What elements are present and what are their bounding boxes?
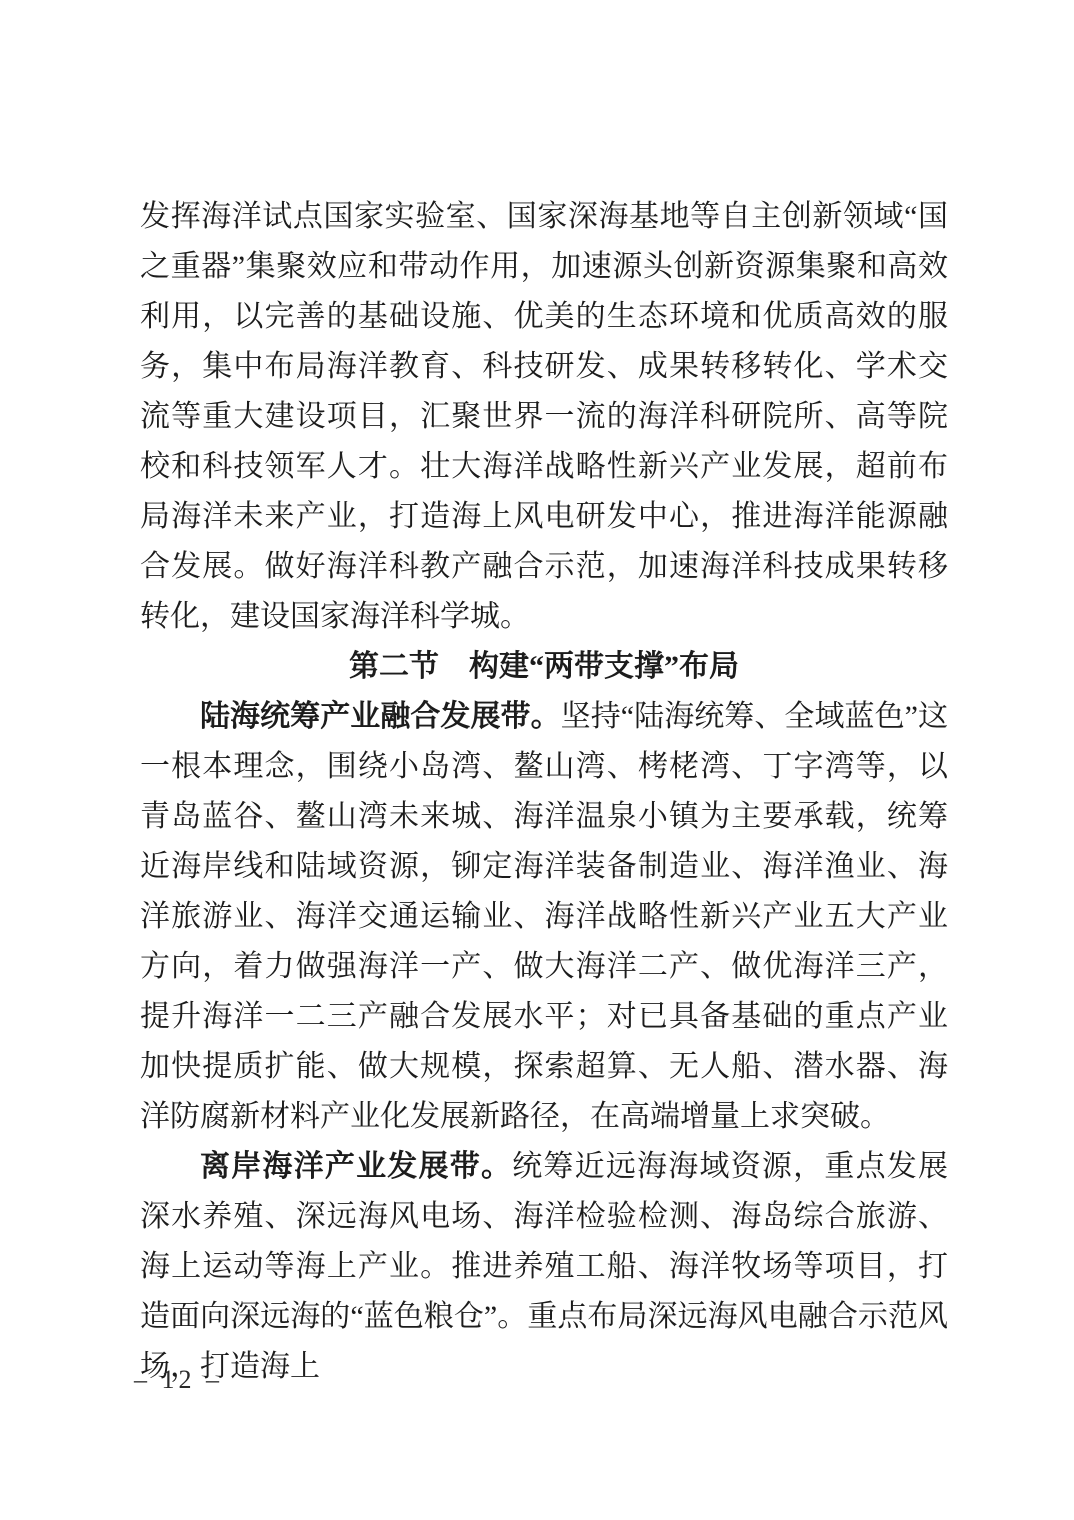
page-number: – 12 –	[134, 1363, 223, 1397]
paragraph-land-sea-belt: 陆海统筹产业融合发展带。坚持“陆海统筹、全域蓝色”这一根本理念，围绕小岛湾、鳌山…	[140, 692, 948, 1142]
paragraph-continued: 发挥海洋试点国家实验室、国家深海基地等自主创新领域“国之重器”集聚效应和带动作用…	[140, 192, 948, 642]
paragraph-offshore-belt: 离岸海洋产业发展带。统筹近远海海域资源，重点发展深水养殖、深远海风电场、海洋检验…	[140, 1142, 948, 1392]
document-page: 发挥海洋试点国家实验室、国家深海基地等自主创新领域“国之重器”集聚效应和带动作用…	[0, 0, 1074, 1520]
paragraph-body-text: 统筹近远海海域资源，重点发展深水养殖、深远海风电场、海洋检验检测、海岛综合旅游、…	[140, 1150, 948, 1383]
paragraph-body-text: 坚持“陆海统筹、全域蓝色”这一根本理念，围绕小岛湾、鳌山湾、栲栳湾、丁字湾等，以…	[140, 700, 948, 1133]
paragraph-lead-bold: 离岸海洋产业发展带。	[200, 1150, 512, 1183]
paragraph-lead-bold: 陆海统筹产业融合发展带。	[200, 700, 561, 733]
section-heading: 第二节 构建“两带支撑”布局	[140, 642, 948, 692]
document-body-text: 发挥海洋试点国家实验室、国家深海基地等自主创新领域“国之重器”集聚效应和带动作用…	[140, 192, 948, 1392]
